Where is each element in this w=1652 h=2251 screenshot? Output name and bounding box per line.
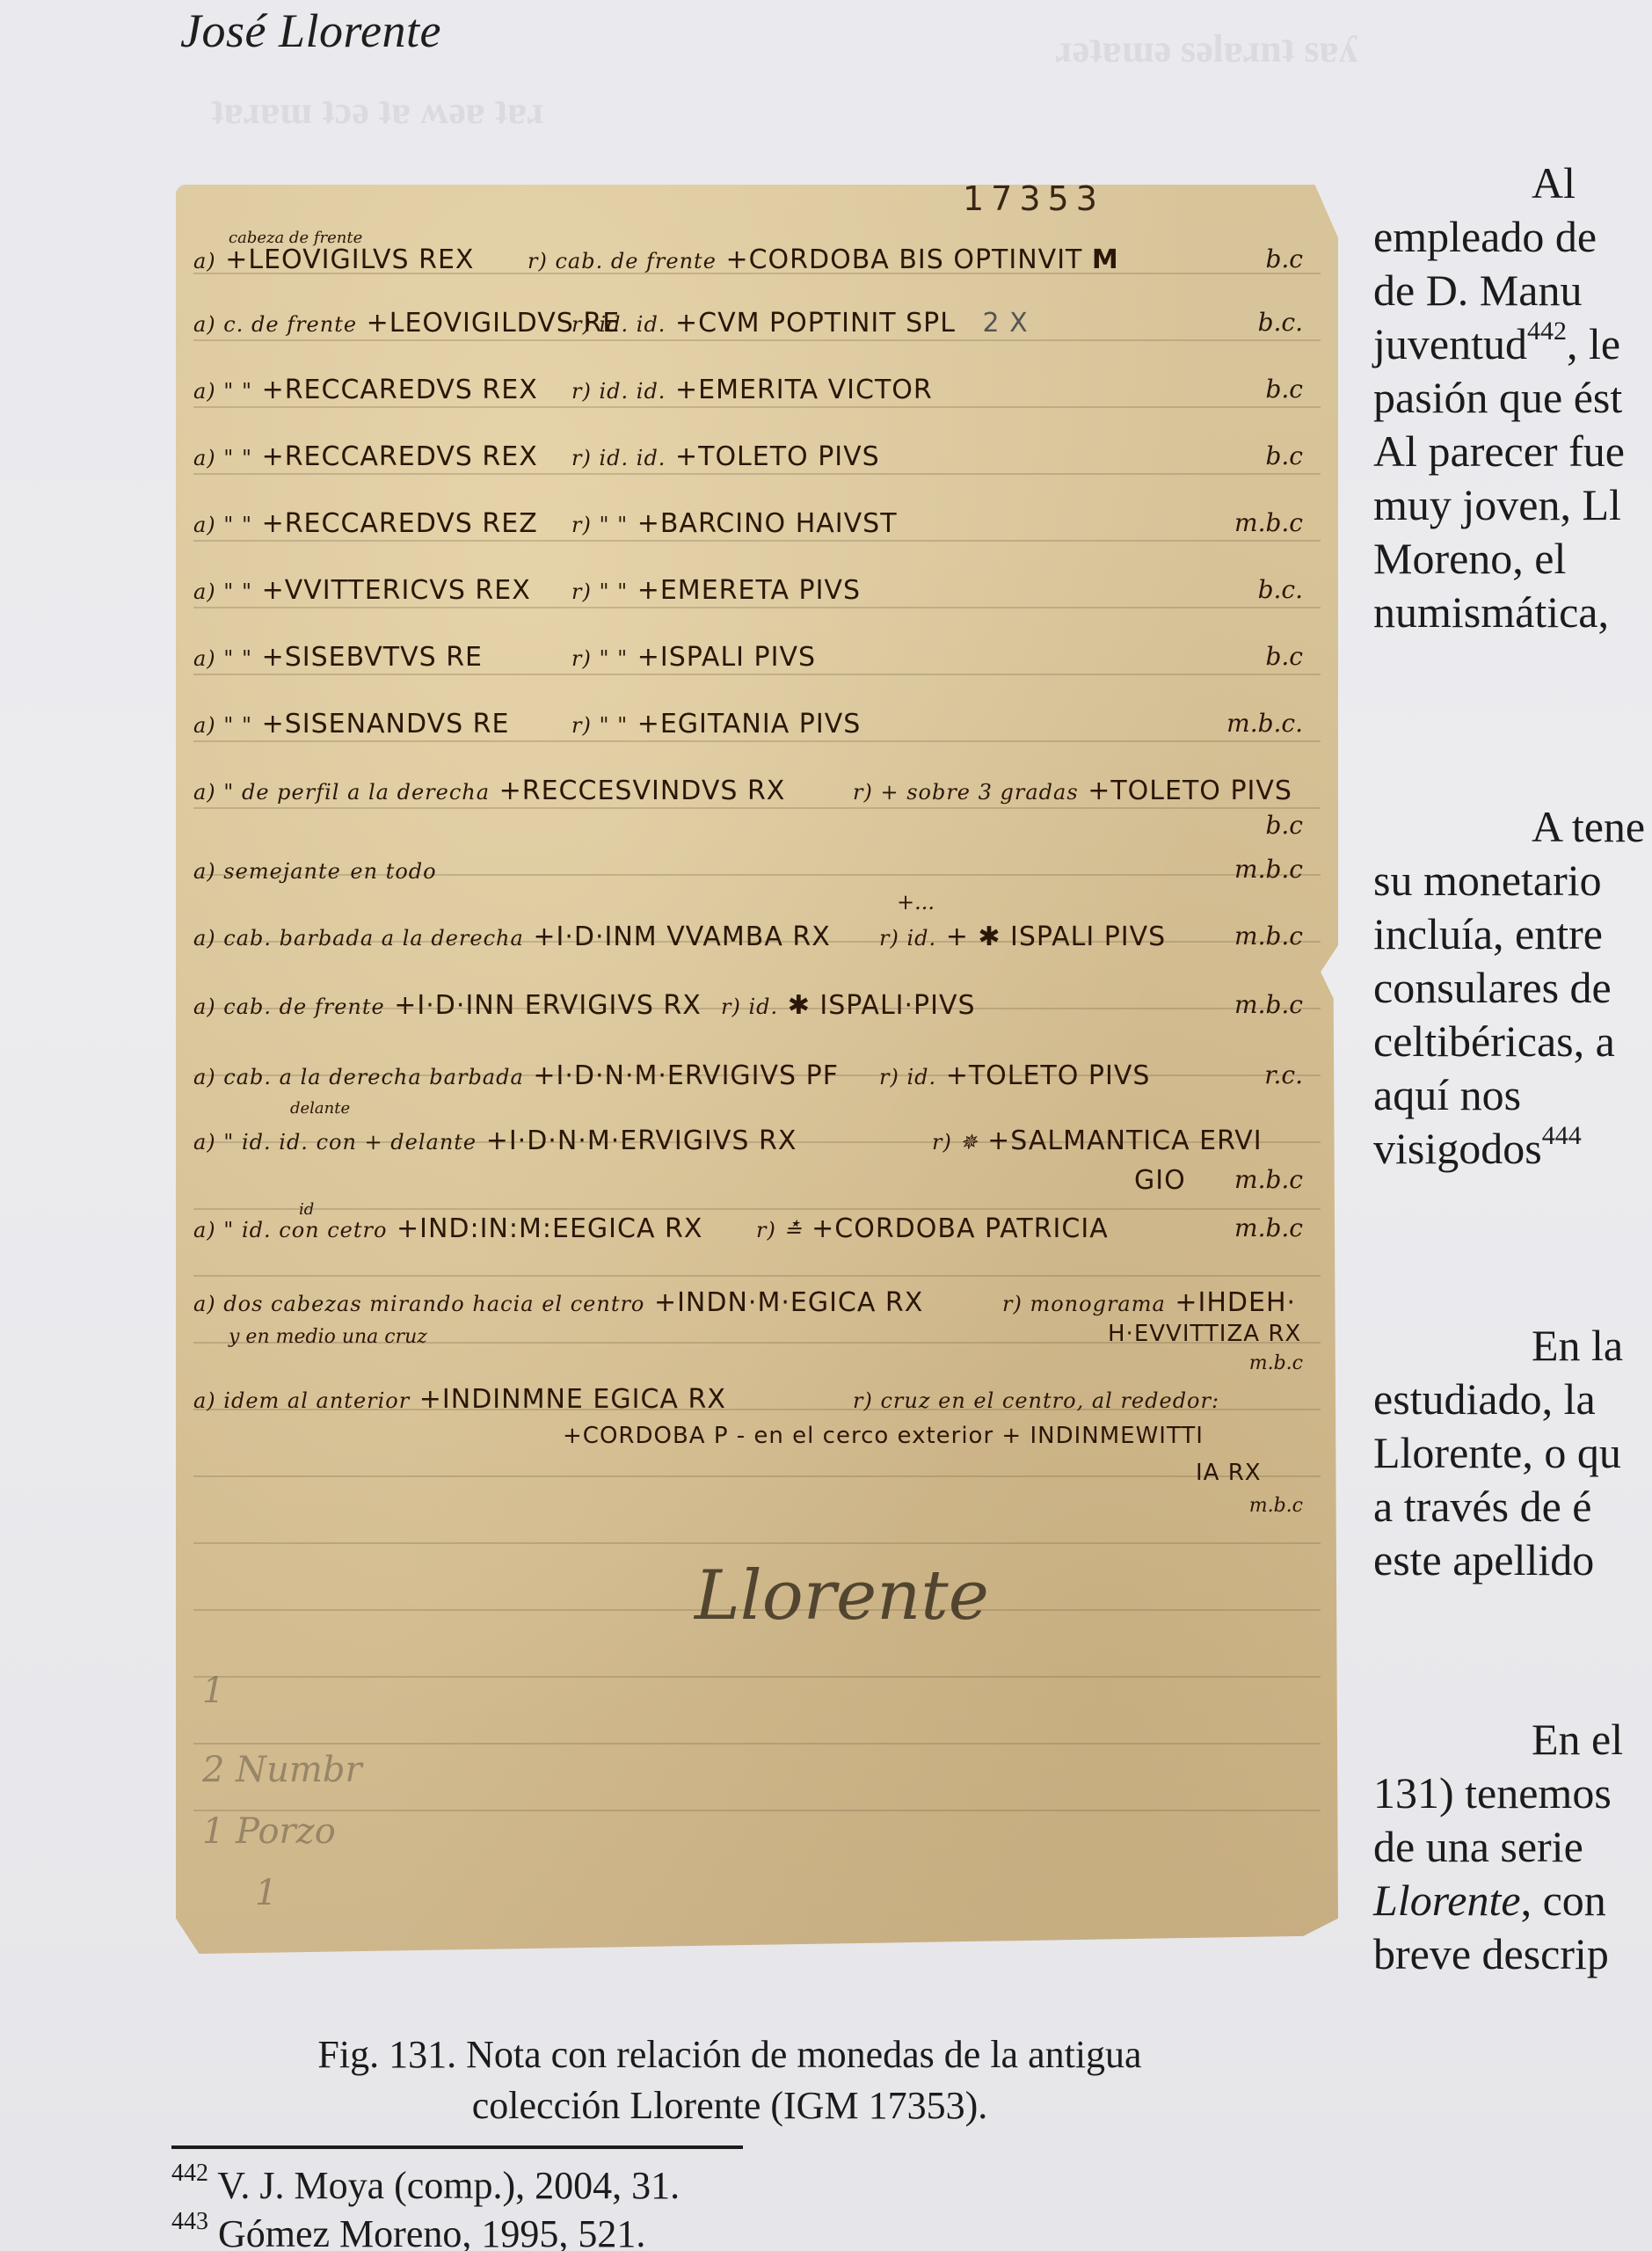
coin-entry: a) semejante en todo m.b.c [176,855,1338,907]
body-paragraph-1: Al empleado de de D. Manu juventud442, l… [1373,157,1652,639]
coin-entry-grade: m.b.c [176,1495,1338,1548]
coin-entry: a) " " +SISENANDVS RE r) " " +EGITANIA P… [176,709,1338,761]
note-annotation: +... [897,890,935,914]
coin-entry: a) cab. barbada a la derecha +I·D·INM VV… [176,922,1338,974]
coin-entry: a) " " +RECCAREDVS REZ r) " " +BARCINO H… [176,508,1338,561]
pencil-note: 1 [255,1873,277,1913]
footnote-442: 442 V. J. Moya (comp.), 2004, 31. [171,2163,680,2208]
signature: Llorente [695,1556,989,1635]
coin-entry: a) cab. de frente +I·D·INN ERVIGIVS RX r… [176,990,1338,1043]
coin-entry: a) " " +VVITTERICVS REX r) " " +EMERETA … [176,575,1338,628]
coin-entry: a) +LEOVIGILVS REX r) cab. de frente +CO… [176,244,1338,297]
figure-handwritten-note: 17353 cabeza de frente a) +LEOVIGILVS RE… [176,185,1338,1954]
coin-entry: a) cab. a la derecha barbada +I·D·N·M·ER… [176,1060,1338,1113]
coin-entry: a) " de perfil a la derecha +RECCESVINDV… [176,776,1338,828]
body-paragraph-2: A tene su monetario incluía, entre consu… [1373,800,1645,1176]
bleed-through-text: ɹǝʇɐɯǝ sǝlɐɹnʇ sɐʎ [1055,26,1358,71]
coin-entry: a) " " +SISEBVTVS RE r) " " +ISPALI PIVS… [176,642,1338,695]
pencil-note: 2 Numbr [202,1750,362,1790]
coin-entry: a) " " +RECCAREDVS REX r) id. id. +EMERI… [176,375,1338,427]
body-paragraph-4: En el 131) tenemos de una serie Llorente… [1373,1713,1623,1981]
coin-entry-continuation: GIO m.b.c [176,1165,1338,1218]
bleed-through-text: ʇɐɹɐɯ ʇɔǝ ʇɐ ʍǝɐ ʇɐɹ [211,88,544,133]
coin-entry: a) " " +RECCAREDVS REX r) id. id. +TOLET… [176,441,1338,494]
running-head: José Llorente [180,4,441,58]
footnote-divider [171,2145,743,2149]
coin-entry: a) " id. con cetro +IND:IN:M:EEGICA RX r… [176,1213,1338,1266]
coin-entry: a) c. de frente +LEOVIGILDVS RE r) id. i… [176,308,1338,361]
footnote-ref[interactable]: 442 [1527,317,1567,346]
footnote-443: 443 Gómez Moreno, 1995, 521. [171,2211,645,2251]
body-paragraph-3: En la estudiado, la Llorente, o qu a tra… [1373,1319,1623,1587]
archive-number: 17353 [963,179,1104,218]
footnote-ref[interactable]: 444 [1542,1121,1582,1150]
pencil-note: 1 Porzo [202,1811,336,1852]
figure-caption: Fig. 131. Nota con relación de monedas d… [158,2029,1301,2131]
note-annotation: delante [290,1099,350,1118]
pencil-note: 1 [202,1671,224,1711]
